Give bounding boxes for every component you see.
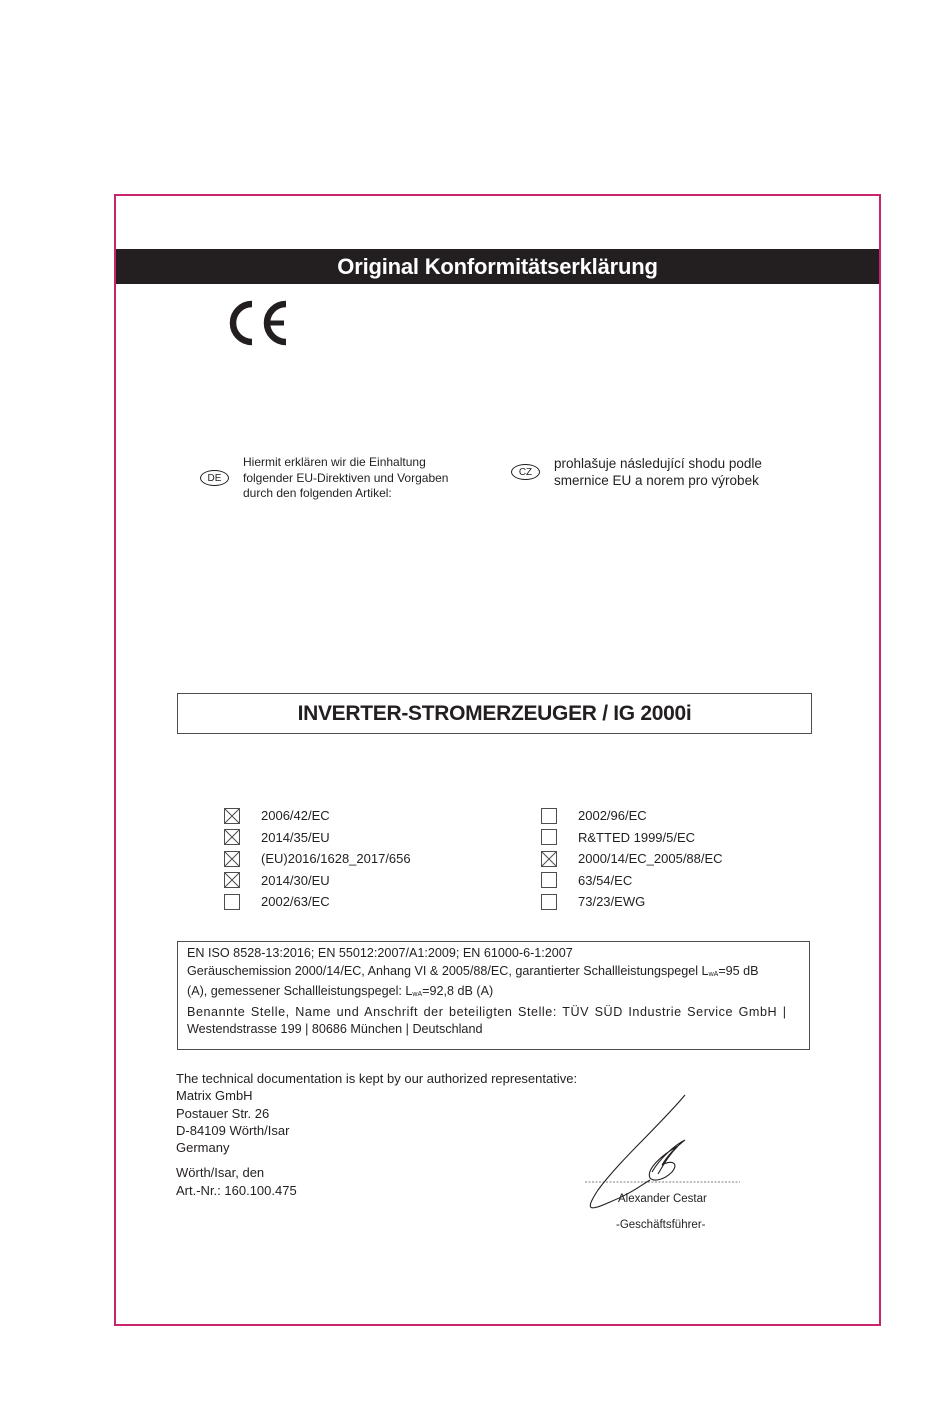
- directive-label: 73/23/EWG: [578, 894, 645, 909]
- document-title: Original Konformitätserklärung: [116, 249, 879, 284]
- checked-box-icon: [224, 872, 240, 888]
- directive-list-left: 2006/42/EC2014/35/EU(EU)2016/1628_2017/6…: [224, 805, 411, 913]
- directive-list-right: 2002/96/ECR&TTED 1999/5/EC2000/14/EC_200…: [541, 805, 723, 913]
- directive-item: 63/54/EC: [541, 870, 723, 892]
- unchecked-box-icon: [541, 894, 557, 910]
- directive-item: 2006/42/EC: [224, 805, 411, 827]
- documentation-intro: The technical documentation is kept by o…: [176, 1070, 577, 1087]
- company-country: Germany: [176, 1139, 577, 1156]
- measured-sound-line: (A), gemessener Schallleistungspegel: Lw…: [187, 983, 800, 1004]
- checked-box-icon: [541, 851, 557, 867]
- standards-box: EN ISO 8528-13:2016; EN 55012:2007/A1:20…: [177, 941, 810, 1050]
- directive-item: 2000/14/EC_2005/88/EC: [541, 848, 723, 870]
- place-date: Wörth/Isar, den: [176, 1164, 577, 1181]
- directive-label: 2002/63/EC: [261, 894, 330, 909]
- language-badge-cz: CZ: [511, 464, 540, 480]
- unchecked-box-icon: [224, 894, 240, 910]
- language-badge-de: DE: [200, 470, 229, 486]
- directive-item: 2014/35/EU: [224, 827, 411, 849]
- directive-item: 2002/96/EC: [541, 805, 723, 827]
- declaration-text-de: Hiermit erklären wir die Einhaltung folg…: [243, 455, 448, 502]
- checked-box-icon: [224, 851, 240, 867]
- checked-box-icon: [224, 829, 240, 845]
- checked-box-icon: [224, 808, 240, 824]
- standards-line: EN ISO 8528-13:2016; EN 55012:2007/A1:20…: [187, 945, 800, 963]
- directive-item: 2002/63/EC: [224, 891, 411, 913]
- directive-label: 2006/42/EC: [261, 808, 330, 823]
- directive-label: R&TTED 1999/5/EC: [578, 830, 695, 845]
- unchecked-box-icon: [541, 808, 557, 824]
- notified-body-line: Benannte Stelle, Name und Anschrift der …: [187, 1004, 800, 1022]
- declaration-text-cz: prohlašuje následující shodu podle smern…: [554, 455, 762, 489]
- article-number: Art.-Nr.: 160.100.475: [176, 1182, 577, 1199]
- ce-mark-icon: [224, 300, 290, 346]
- directive-label: (EU)2016/1628_2017/656: [261, 851, 411, 866]
- directive-label: 2000/14/EC_2005/88/EC: [578, 851, 723, 866]
- declaration-cz: CZ prohlašuje následující shodu podle sm…: [511, 455, 762, 489]
- directive-label: 2014/35/EU: [261, 830, 330, 845]
- directive-item: 2014/30/EU: [224, 870, 411, 892]
- declaration-de: DE Hiermit erklären wir die Einhaltung f…: [200, 455, 448, 502]
- documentation-info: The technical documentation is kept by o…: [176, 1070, 577, 1199]
- notified-body-address: Westendstrasse 199 | 80686 München | Deu…: [187, 1021, 800, 1039]
- company-name: Matrix GmbH: [176, 1087, 577, 1104]
- directive-item: 73/23/EWG: [541, 891, 723, 913]
- directive-label: 2014/30/EU: [261, 873, 330, 888]
- unchecked-box-icon: [541, 829, 557, 845]
- directive-label: 63/54/EC: [578, 873, 632, 888]
- product-name: INVERTER-STROMERZEUGER / IG 2000i: [177, 693, 812, 734]
- company-street: Postauer Str. 26: [176, 1105, 577, 1122]
- signatory-role: -Geschäftsführer-: [616, 1219, 705, 1231]
- directive-item: R&TTED 1999/5/EC: [541, 827, 723, 849]
- directive-label: 2002/96/EC: [578, 808, 647, 823]
- unchecked-box-icon: [541, 872, 557, 888]
- directive-item: (EU)2016/1628_2017/656: [224, 848, 411, 870]
- company-city: D-84109 Wörth/Isar: [176, 1122, 577, 1139]
- noise-emission-line: Geräuschemission 2000/14/EC, Anhang VI &…: [187, 963, 800, 984]
- signatory-name: Alexander Cestar: [618, 1193, 707, 1205]
